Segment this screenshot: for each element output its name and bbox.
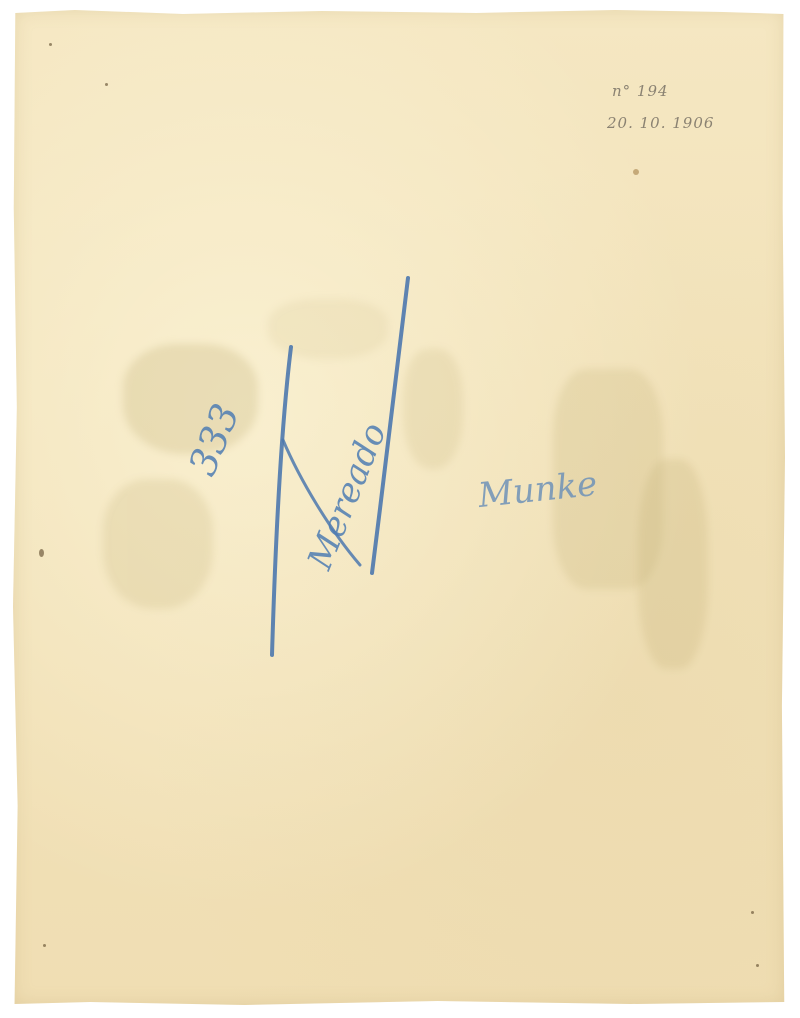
show-through-stain [268,299,388,359]
foxing-spot [756,964,759,967]
catalog-number: n° 194 [612,82,669,100]
show-through-stain [403,349,463,469]
foxing-spot [105,83,108,86]
date-note: 20. 10. 1906 [607,114,714,132]
show-through-stain [638,459,708,669]
show-through-stain [103,479,213,609]
foxing-spot [43,944,46,947]
foxing-spot [633,169,639,175]
foxing-spot [39,549,44,557]
paper-sheet [13,9,785,1005]
foxing-spot [49,43,52,46]
foxing-spot [751,911,754,914]
